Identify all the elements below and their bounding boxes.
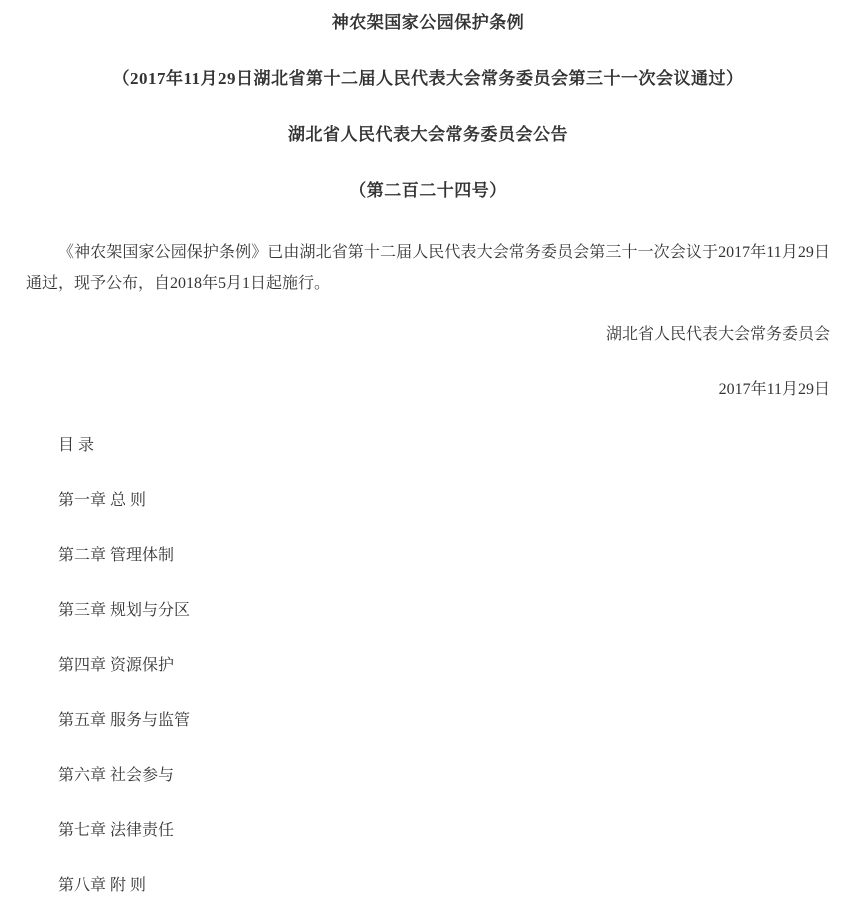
signature-authority: 湖北省人民代表大会常务委员会 <box>26 325 830 345</box>
announcement-title: 湖北省人民代表大会常务委员会公告 <box>26 125 830 145</box>
toc-item-chapter-7: 第七章 法律责任 <box>26 821 830 841</box>
toc-item-chapter-8: 第八章 附 则 <box>26 876 830 896</box>
toc-heading: 目 录 <box>26 436 830 456</box>
toc-item-chapter-1: 第一章 总 则 <box>26 491 830 511</box>
toc-item-chapter-5: 第五章 服务与监管 <box>26 711 830 731</box>
document-page: 神农架国家公园保护条例 （2017年11月29日湖北省第十二届人民代表大会常务委… <box>0 0 856 909</box>
signature-date: 2017年11月29日 <box>26 380 830 400</box>
document-content: 神农架国家公园保护条例 （2017年11月29日湖北省第十二届人民代表大会常务委… <box>0 0 856 896</box>
table-of-contents: 目 录 第一章 总 则 第二章 管理体制 第三章 规划与分区 第四章 资源保护 … <box>26 436 830 896</box>
announcement-number: （第二百二十四号） <box>26 181 830 201</box>
toc-item-chapter-3: 第三章 规划与分区 <box>26 601 830 621</box>
toc-item-chapter-6: 第六章 社会参与 <box>26 766 830 786</box>
adoption-line: （2017年11月29日湖北省第十二届人民代表大会常务委员会第三十一次会议通过） <box>26 69 830 89</box>
promulgation-paragraph: 《神农架国家公园保护条例》已由湖北省第十二届人民代表大会常务委员会第三十一次会议… <box>26 237 830 299</box>
toc-item-chapter-2: 第二章 管理体制 <box>26 546 830 566</box>
toc-item-chapter-4: 第四章 资源保护 <box>26 656 830 676</box>
document-title: 神农架国家公园保护条例 <box>26 13 830 33</box>
